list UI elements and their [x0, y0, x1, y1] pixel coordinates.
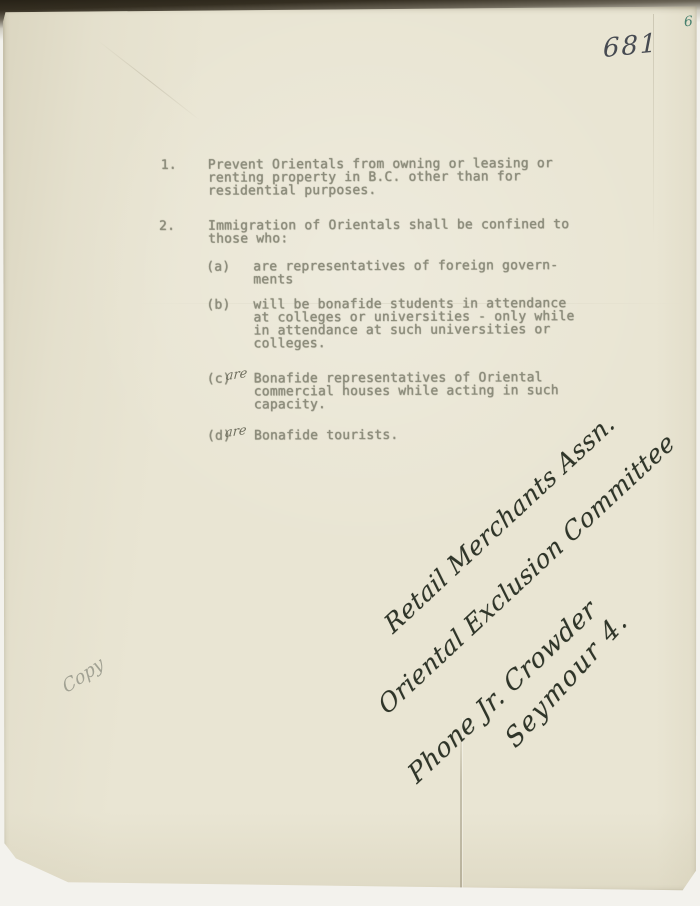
- document-paper: 1. Prevent Orientals from owning or leas…: [2, 6, 698, 892]
- sub-item-c-line-3: capacity.: [254, 398, 326, 411]
- sub-item-a-line-2: ments: [253, 273, 293, 286]
- corner-number-annotation: 6: [683, 14, 693, 31]
- list-marker-1: 1.: [161, 159, 177, 172]
- sub-item-d-handwritten-are: are: [225, 423, 247, 441]
- page-number-annotation: 681: [603, 28, 658, 64]
- sub-item-b-line-4: colleges.: [254, 337, 326, 350]
- list-item-2-line-2: those who:: [208, 232, 288, 245]
- list-item-1-line-3: residential purposes.: [208, 184, 377, 198]
- sub-item-b-marker: (b): [206, 299, 230, 312]
- list-marker-2: 2.: [159, 220, 175, 233]
- sub-item-a-line-1: are representatives of foreign govern-: [253, 259, 558, 273]
- sub-item-c-handwritten-are: are: [225, 366, 247, 384]
- sub-item-d-line-1: Bonafide tourists.: [254, 429, 399, 443]
- sub-item-a-marker: (a): [206, 261, 230, 274]
